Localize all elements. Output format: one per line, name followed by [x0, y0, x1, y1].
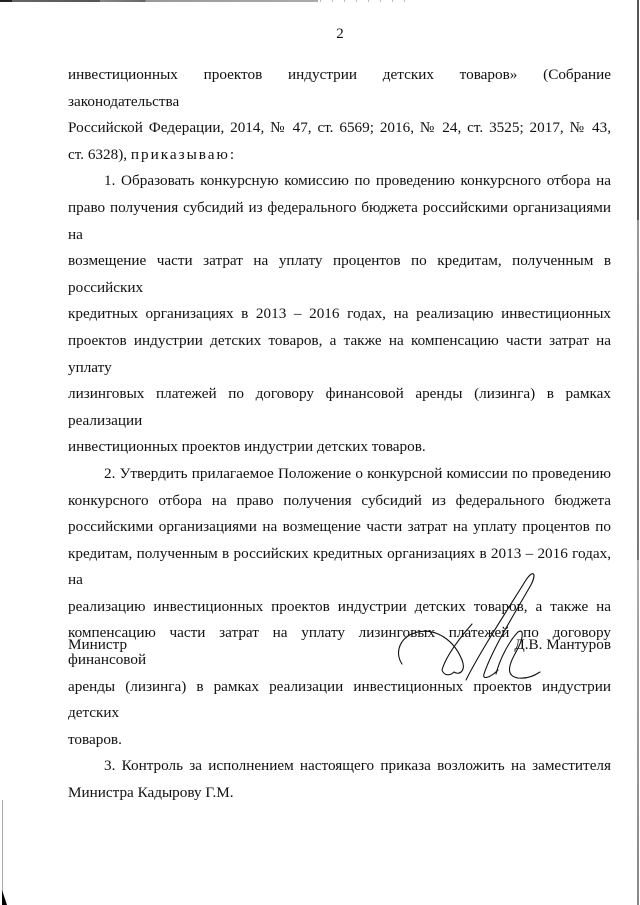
paragraph-line: лизинговых платежей по договору финансов… — [68, 381, 611, 434]
signature-block: Министр Д.В. Мантуров — [68, 636, 611, 666]
preamble-citation-end: ст. 6328), — [68, 146, 131, 163]
paragraph-line: право получения субсидий из федерального… — [68, 195, 611, 248]
paragraph-line: проектов индустрии детских товаров, а та… — [68, 328, 611, 381]
paragraph-line: 3. Контроль за исполнением настоящего пр… — [68, 753, 611, 780]
order-word: приказываю: — [131, 146, 236, 163]
paragraph-line: российскими организациями на возмещение … — [68, 514, 611, 541]
signer-title: Министр — [68, 636, 127, 654]
scan-left-blot — [2, 890, 7, 905]
preamble-line: Российской Федерации, 2014, № 47, ст. 65… — [68, 115, 611, 142]
signer-name: Д.В. Мантуров — [514, 636, 611, 654]
page-number: 2 — [0, 26, 640, 43]
scan-top-edge — [0, 0, 318, 2]
paragraph-line: Министра Кадырову Г.М. — [68, 780, 611, 807]
scan-right-edge — [637, 0, 639, 905]
paragraph-line: товаров. — [68, 727, 611, 754]
paragraph-line: 2. Утвердить прилагаемое Положение о кон… — [68, 461, 611, 488]
paragraph-1: 1. Образовать конкурсную комиссию по про… — [68, 168, 611, 461]
paragraph-3: 3. Контроль за исполнением настоящего пр… — [68, 753, 611, 806]
paragraph-line: 1. Образовать конкурсную комиссию по про… — [68, 168, 611, 195]
document-body: инвестиционных проектов индустрии детски… — [68, 62, 611, 807]
paragraph-line: конкурсного отбора на право получения су… — [68, 488, 611, 515]
scan-top-dots — [320, 0, 410, 2]
preamble: инвестиционных проектов индустрии детски… — [68, 62, 611, 168]
paragraph-line: возмещение части затрат на уплату процен… — [68, 248, 611, 301]
paragraph-line: инвестиционных проектов индустрии детски… — [68, 434, 611, 461]
paragraph-line: кредитных организациях в 2013 – 2016 год… — [68, 301, 611, 328]
preamble-line-last: ст. 6328), приказываю: — [68, 142, 611, 169]
preamble-line: инвестиционных проектов индустрии детски… — [68, 62, 611, 115]
